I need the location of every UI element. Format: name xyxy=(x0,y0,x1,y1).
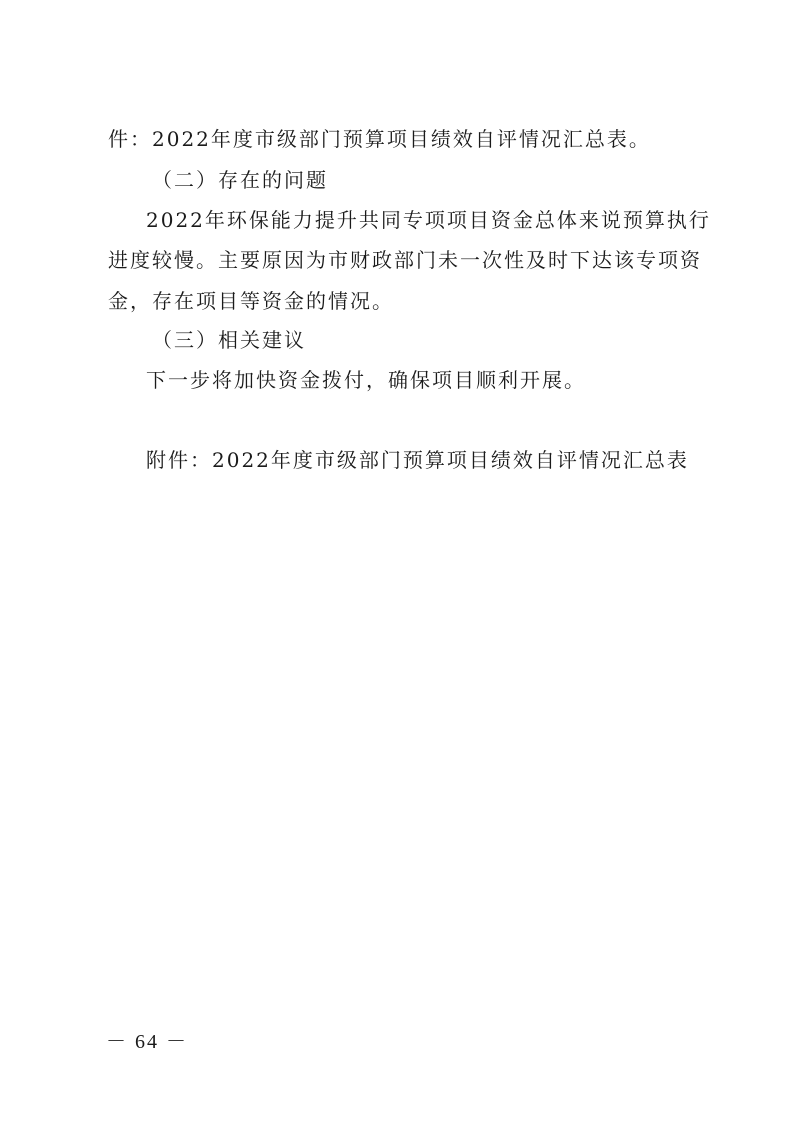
section-heading-problems: （二）存在的问题 xyxy=(152,166,328,194)
section-heading-suggestions: （三）相关建议 xyxy=(152,326,306,354)
document-page: 件：2022年度市级部门预算项目绩效自评情况汇总表。 （二）存在的问题 2022… xyxy=(0,0,793,1122)
page-number: － 64 － xyxy=(106,1028,188,1056)
paragraph-continuation-attachment-ref: 件：2022年度市级部门预算项目绩效自评情况汇总表。 xyxy=(108,125,651,153)
attachment-note: 附件：2022年度市级部门预算项目绩效自评情况汇总表 xyxy=(146,446,689,474)
paragraph-suggestions: 下一步将加快资金拨付，确保项目顺利开展。 xyxy=(146,366,586,394)
paragraph-problems-line-1: 2022年环保能力提升共同专项项目资金总体来说预算执行 xyxy=(146,206,711,234)
paragraph-problems-line-2: 进度较慢。主要原因为市财政部门未一次性及时下达该专项资 xyxy=(108,246,702,274)
paragraph-problems-line-3: 金，存在项目等资金的情况。 xyxy=(108,287,394,315)
